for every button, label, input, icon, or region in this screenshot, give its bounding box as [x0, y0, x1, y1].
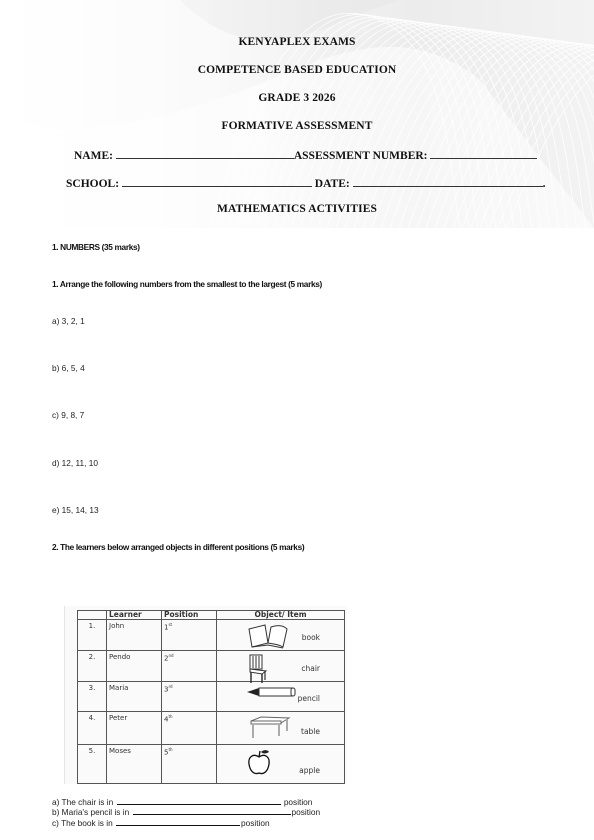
fill-in-c-blank[interactable] [116, 818, 240, 826]
date-label: DATE: [315, 178, 350, 190]
assessment-number-field[interactable] [430, 148, 537, 159]
wave-pattern-decoration [0, 0, 594, 228]
table-row: 2.Pendo2ndchair [78, 650, 345, 681]
fill-in-a-prefix: a) The chair is in [52, 797, 113, 807]
name-assessment-row: NAME: ASSESSMENT NUMBER: [74, 148, 537, 162]
row-number: 5. [78, 745, 107, 784]
learner-position-table-image: Learner Position Object/ Item 1.John1stb… [64, 606, 347, 784]
object-cell: apple [217, 745, 345, 784]
row-number: 4. [78, 712, 107, 745]
learner-position-table: Learner Position Object/ Item 1.John1stb… [77, 610, 345, 784]
question-1-item-a: a) 3, 2, 1 [52, 316, 85, 326]
question-1-item-d: d) 12, 11, 10 [52, 458, 98, 468]
learner-position: 4th [162, 712, 217, 745]
object-label: apple [299, 766, 320, 775]
fill-in-a-blank[interactable] [117, 797, 281, 805]
question-1-item-e: e) 15, 14, 13 [52, 505, 99, 515]
learner-name: John [107, 620, 162, 651]
book-icon [247, 623, 289, 651]
date-field[interactable] [353, 176, 543, 187]
row-number: 2. [78, 650, 107, 681]
learner-name: Peter [107, 712, 162, 745]
fill-in-a-suffix: position [284, 797, 313, 807]
position-suffix: st [168, 622, 172, 627]
name-field[interactable] [116, 148, 294, 159]
header-object: Object/ Item [217, 611, 345, 620]
position-suffix: th [168, 714, 172, 719]
fill-in-c: c) The book is in position [52, 818, 270, 828]
fill-in-c-prefix: c) The book is in [52, 818, 113, 828]
table-row: 4.Peter4thtable [78, 712, 345, 745]
fill-in-b-blank[interactable] [133, 807, 291, 815]
table-row: 3.Maria3rdpencil [78, 681, 345, 712]
school-label: SCHOOL: [66, 178, 119, 190]
header-learner: Learner [107, 611, 162, 620]
learner-name: Pendo [107, 650, 162, 681]
question-2-prompt: 2. The learners below arranged objects i… [52, 542, 304, 552]
header-number [78, 611, 107, 620]
question-1-prompt: 1. Arrange the following numbers from th… [52, 279, 322, 289]
table-icon [247, 715, 291, 741]
school-date-row: SCHOOL: DATE: . [66, 176, 545, 190]
learner-position: 3rd [162, 681, 217, 712]
object-label: chair [301, 664, 320, 673]
curriculum-title: COMPETENCE BASED EDUCATION [0, 64, 594, 76]
position-suffix: th [168, 747, 172, 752]
object-cell: book [217, 620, 345, 651]
header-position: Position [162, 611, 217, 620]
learner-name: Maria [107, 681, 162, 712]
position-suffix: nd [168, 653, 173, 658]
object-cell: table [217, 712, 345, 745]
learner-position: 5th [162, 745, 217, 784]
fill-in-c-suffix: position [241, 818, 270, 828]
fill-in-b: b) Maria's pencil is in position [52, 807, 320, 817]
question-1-item-c: c) 9, 8, 7 [52, 410, 84, 420]
subject-title: MATHEMATICS ACTIVITIES [0, 203, 594, 215]
table-row: 1.John1stbook [78, 620, 345, 651]
trailing-period: . [543, 178, 546, 190]
table-row: 5.Moses5thapple [78, 745, 345, 784]
object-label: book [302, 633, 320, 642]
learner-position: 1st [162, 620, 217, 651]
pencil-icon [247, 685, 297, 701]
fill-in-a: a) The chair is in position [52, 797, 312, 807]
question-1-item-b: b) 6, 5, 4 [52, 363, 85, 373]
assessment-number-label: ASSESSMENT NUMBER: [294, 150, 428, 162]
section-title: 1. NUMBERS (35 marks) [52, 242, 140, 252]
assessment-type-title: FORMATIVE ASSESSMENT [0, 120, 594, 132]
school-field[interactable] [122, 176, 312, 187]
exam-body-title: KENYAPLEX EXAMS [0, 36, 594, 48]
table-header-row: Learner Position Object/ Item [78, 611, 345, 620]
apple-icon [247, 748, 271, 778]
grade-title: GRADE 3 2026 [0, 92, 594, 104]
fill-in-b-suffix: position [292, 807, 321, 817]
name-label: NAME: [74, 150, 113, 162]
object-label: table [301, 727, 320, 736]
row-number: 1. [78, 620, 107, 651]
object-cell: pencil [217, 681, 345, 712]
object-label: pencil [298, 694, 320, 703]
fill-in-b-prefix: b) Maria's pencil is in [52, 807, 129, 817]
row-number: 3. [78, 681, 107, 712]
learner-name: Moses [107, 745, 162, 784]
position-suffix: rd [168, 684, 172, 689]
learner-position: 2nd [162, 650, 217, 681]
header-background [0, 0, 594, 228]
object-cell: chair [217, 650, 345, 681]
